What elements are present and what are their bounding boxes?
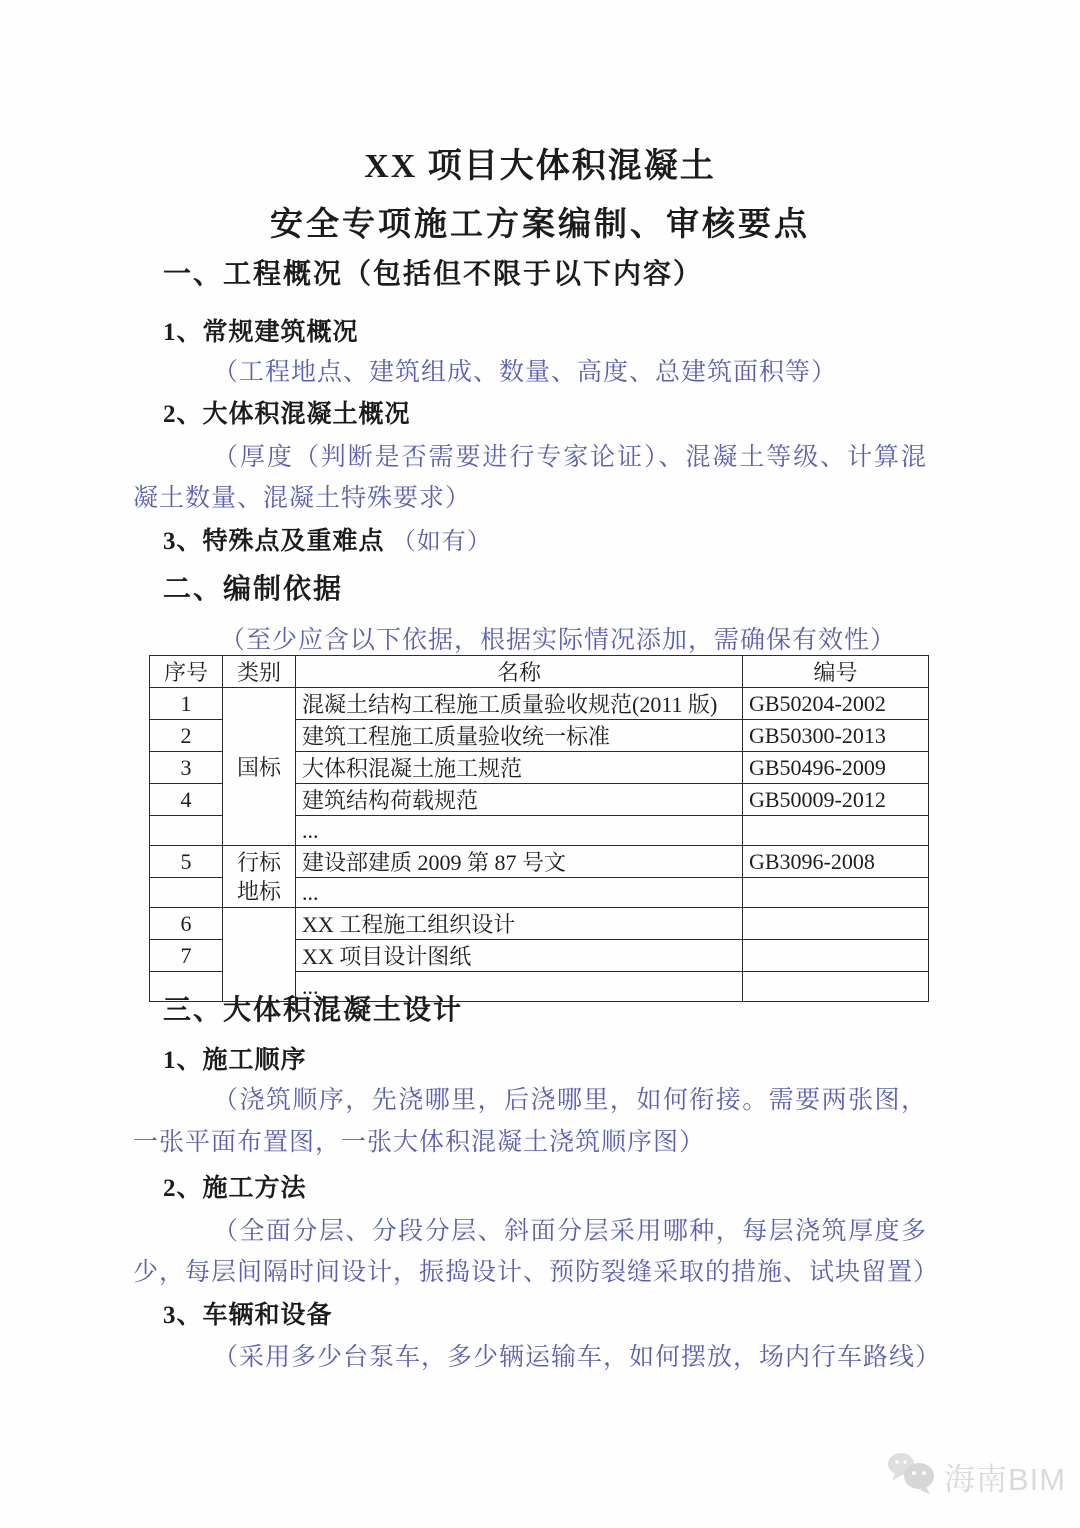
section1-item2-label: 2、大体积混凝土概况 (163, 394, 411, 430)
cell-code: GB50009-2012 (743, 784, 929, 816)
cell-name: ... (296, 878, 743, 908)
section3-item3-label: 3、车辆和设备 (163, 1295, 333, 1331)
cell-code: GB50204-2002 (743, 688, 929, 720)
cell-name: 建设部建质 2009 第 87 号文 (296, 846, 743, 878)
section1-item1-note: （工程地点、建筑组成、数量、高度、总建筑面积等） (213, 352, 837, 388)
cell-code: GB50300-2013 (743, 720, 929, 752)
section1-item2-note: （厚度（判断是否需要进行专家论证）、混凝土等级、计算混凝土数量、混凝土特殊要求） (133, 437, 927, 519)
section3-item3-note: （采用多少台泵车，多少辆运输车，如何摆放，场内行车路线） (213, 1337, 941, 1373)
header-no: 序号 (150, 656, 223, 688)
table-row: 1 国标 混凝土结构工程施工质量验收规范(2011 版) GB50204-200… (150, 688, 929, 720)
wechat-icon (886, 1450, 938, 1502)
cell-name: 大体积混凝土施工规范 (296, 752, 743, 784)
cell-no: 6 (150, 908, 223, 940)
cell-name: ... (296, 816, 743, 846)
cell-code (743, 940, 929, 972)
section1-heading: 一、工程概况（包括但不限于以下内容） (163, 252, 703, 292)
cell-code (743, 972, 929, 1002)
cell-code: GB3096-2008 (743, 846, 929, 878)
cell-name: XX 项目设计图纸 (296, 940, 743, 972)
header-code: 编号 (743, 656, 929, 688)
table-row: 6 XX 工程施工组织设计 (150, 908, 929, 940)
watermark: 海南BIM (886, 1450, 1066, 1502)
category-local: 地标 (229, 877, 289, 906)
cell-no: 4 (150, 784, 223, 816)
section3-item1-note: （浇筑顺序，先浇哪里，后浇哪里，如何衔接。需要两张图，一张平面布置图，一张大体积… (133, 1080, 927, 1164)
cell-no: 1 (150, 688, 223, 720)
cell-name: 建筑结构荷载规范 (296, 784, 743, 816)
cell-category-industry-local: 行标 地标 (223, 846, 296, 908)
cell-no: 2 (150, 720, 223, 752)
cell-no: 7 (150, 940, 223, 972)
table-row: 5 行标 地标 建设部建质 2009 第 87 号文 GB3096-2008 (150, 846, 929, 878)
table-header-row: 序号 类别 名称 编号 (150, 656, 929, 688)
section3-item2-label: 2、施工方法 (163, 1168, 307, 1204)
doc-title: XX 项目大体积混凝土 (0, 138, 1080, 187)
cell-no: 5 (150, 846, 223, 878)
section1-item3-label: 3、特殊点及重难点 （如有） (163, 521, 492, 557)
watermark-text: 海南BIM (944, 1454, 1066, 1499)
section2-heading: 二、编制依据 (163, 567, 343, 607)
category-industry: 行标 (229, 848, 289, 877)
section1-item3-note: （如有） (392, 529, 492, 555)
section3-item2-note: （全面分层、分段分层、斜面分层采用哪种，每层浇筑厚度多少，每层间隔时间设计，振捣… (133, 1211, 927, 1293)
cell-code (743, 816, 929, 846)
doc-subtitle: 安全专项施工方案编制、审核要点 (0, 198, 1080, 245)
cell-name: 混凝土结构工程施工质量验收规范(2011 版) (296, 688, 743, 720)
cell-name: 建筑工程施工质量验收统一标准 (296, 720, 743, 752)
section3-heading: 三、大体积混凝土设计 (163, 988, 463, 1028)
section3-item1-label: 1、施工顺序 (163, 1040, 307, 1076)
cell-category-national: 国标 (223, 688, 296, 846)
section1-item3-label-text: 3、特殊点及重难点 (163, 528, 385, 555)
header-category: 类别 (223, 656, 296, 688)
cell-code (743, 908, 929, 940)
cell-no (150, 878, 223, 908)
cell-name: XX 工程施工组织设计 (296, 908, 743, 940)
cell-no: 3 (150, 752, 223, 784)
header-name: 名称 (296, 656, 743, 688)
cell-code: GB50496-2009 (743, 752, 929, 784)
section2-note: （至少应含以下依据，根据实际情况添加，需确保有效性） (220, 620, 896, 656)
basis-table: 序号 类别 名称 编号 1 国标 混凝土结构工程施工质量验收规范(2011 版)… (149, 655, 929, 1002)
document-page: XX 项目大体积混凝土 安全专项施工方案编制、审核要点 一、工程概况（包括但不限… (0, 0, 1080, 1528)
section1-item1-label: 1、常规建筑概况 (163, 312, 359, 348)
cell-code (743, 878, 929, 908)
cell-no (150, 816, 223, 846)
